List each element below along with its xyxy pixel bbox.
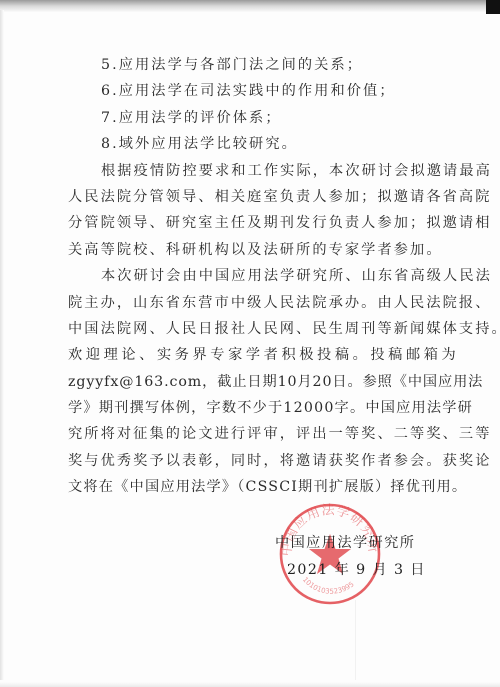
list-item-8: 8.域外应用法学比较研究。 [68,131,418,157]
paragraph-line-email: zgyyfx@163.com，截止日期10月20日。参照《中国应用法 [68,369,418,395]
paragraph-line: 院主办，山东省东营市中级人民法院承办。由人民法院报、 [68,290,418,316]
paragraph-line: 文将在《中国应用法学》（CSSCI期刊扩展版）择优刊用。 [68,474,418,500]
scan-top-shadow [0,0,500,12]
list-item-7: 7.应用法学的评价体系； [68,105,418,131]
signature-date: 2021 年 9 月 3 日 [275,557,426,584]
paragraph-line: 根据疫情防控要求和工作实际，本次研讨会拟邀请最高 [68,158,418,184]
list-item-6: 6.应用法学在司法实践中的作用和价值； [68,78,418,104]
signature-block: 中国应用法学研究所 2021 年 9 月 3 日 [275,530,426,584]
paragraph-line: 人民法院分管领导、相关庭室负责人参加；拟邀请各省高院 [68,184,418,210]
paragraph-invitations: 根据疫情防控要求和工作实际，本次研讨会拟邀请最高 人民法院分管领导、相关庭室负责… [68,158,418,264]
paragraph-organizers: 本次研讨会由中国应用法学研究所、山东省高级人民法 院主办，山东省东营市中级人民法… [68,263,418,501]
paragraph-line: 究所将对征集的论文进行评审，评出一等奖、二等奖、三等 [68,421,418,447]
paragraph-line: 欢迎理论、实务界专家学者积极投稿。投稿邮箱为 [68,342,418,368]
scan-bottom-edge [0,682,500,687]
paragraph-line: 中国法院网、人民日报社人民网、民生周刊等新闻媒体支持。 [68,316,418,342]
signature-organization: 中国应用法学研究所 [275,530,426,557]
list-item-5: 5.应用法学与各部门法之间的关系； [68,52,418,78]
paragraph-line: 本次研讨会由中国应用法学研究所、山东省高级人民法 [68,263,418,289]
scan-left-edge [0,10,4,680]
paragraph-line: 分管院领导、研究室主任及期刊发行负责人参加；拟邀请相 [68,210,418,236]
paragraph-line: 奖与优秀奖予以表彰，同时，将邀请获奖作者参会。获奖论 [68,448,418,474]
paper-fold-line [355,600,356,680]
document-body: 5.应用法学与各部门法之间的关系； 6.应用法学在司法实践中的作用和价值； 7.… [68,52,418,501]
scan-corner [486,0,500,14]
paragraph-line: 学》期刊撰写体例，字数不少于12000字。中国应用法学研 [68,395,418,421]
paragraph-line: 关高等院校、科研机构以及法研所的专家学者参加。 [68,237,418,263]
